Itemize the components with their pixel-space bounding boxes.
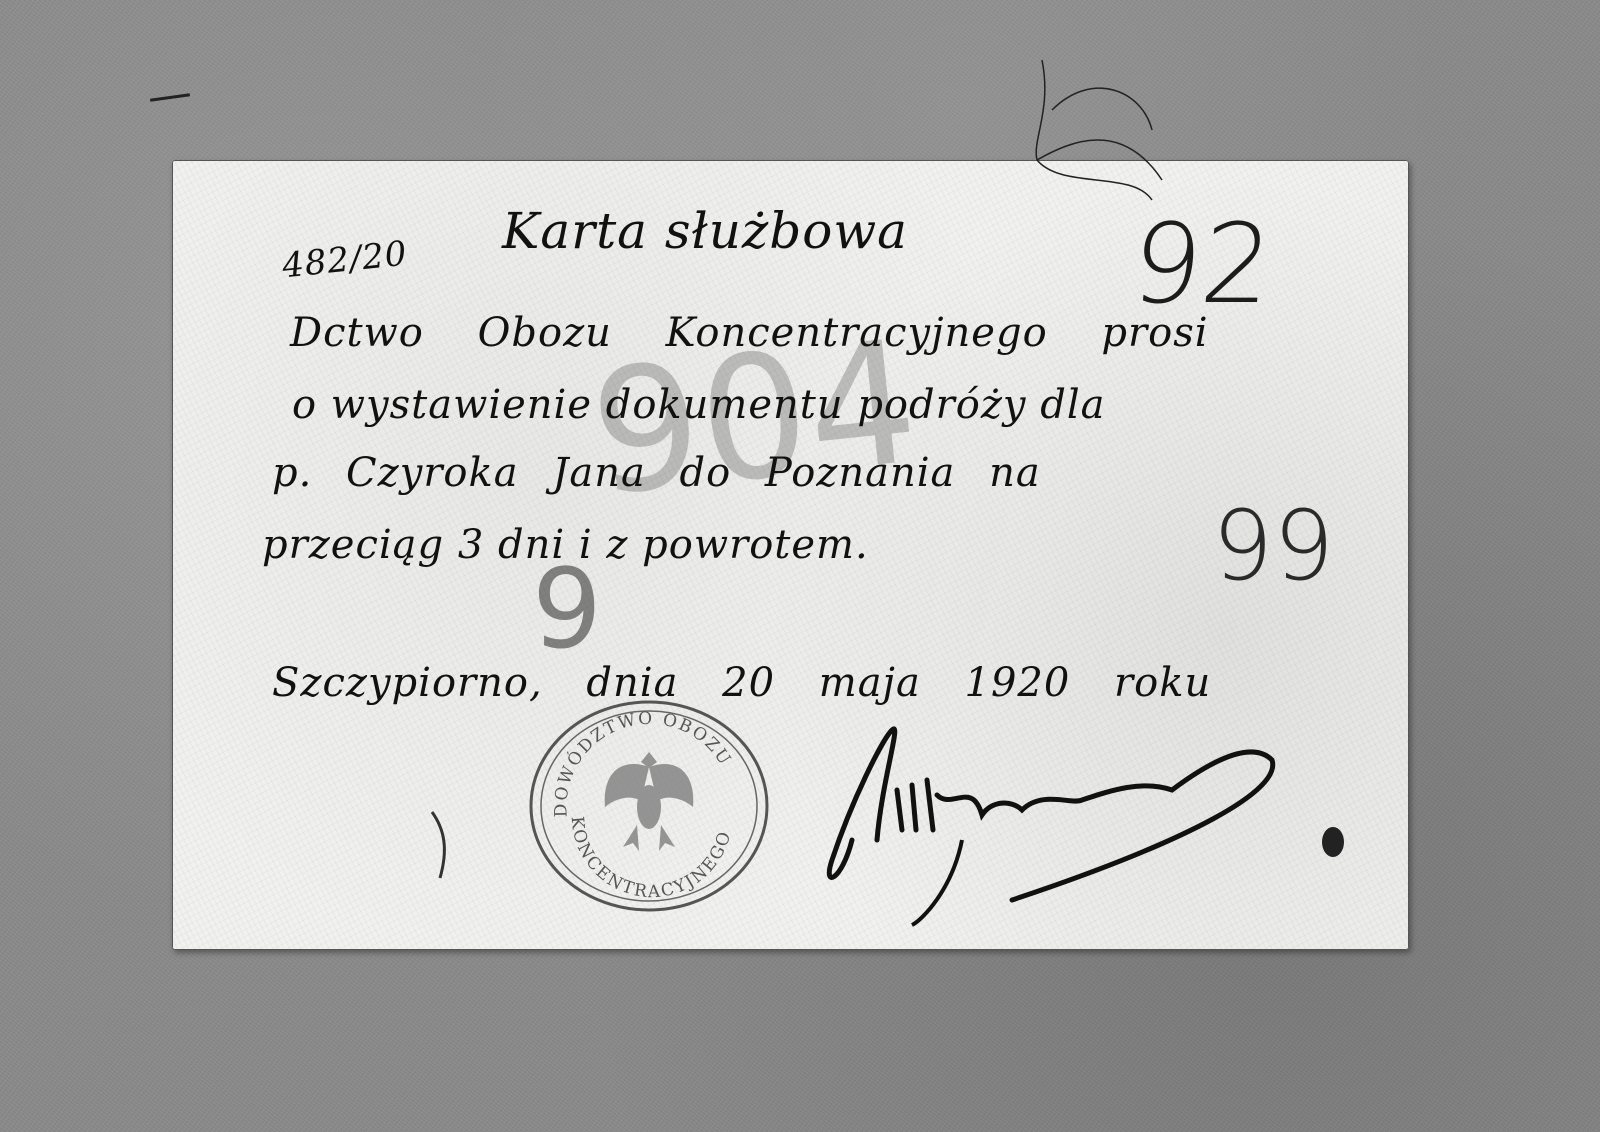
right-number: 99 bbox=[1212, 490, 1334, 602]
body-line-1: Dctwo Obozu Koncentracyjnego prosi bbox=[290, 310, 1209, 356]
body-line-3: p. Czyroka Jana do Poznania na bbox=[272, 450, 1041, 496]
margin-mark bbox=[430, 810, 450, 880]
body-line-2: o wystawienie dokumentu podróży dla bbox=[292, 382, 1105, 428]
reference-number: 482/20 bbox=[280, 234, 409, 287]
punch-hole bbox=[1322, 827, 1344, 857]
signature bbox=[812, 720, 1332, 930]
pen-scribble bbox=[1032, 50, 1172, 210]
eagle-emblem-icon bbox=[605, 752, 694, 851]
left-pencil-number: 9 bbox=[532, 545, 602, 673]
scan-mark bbox=[150, 93, 190, 102]
official-stamp: DOWÓDZTWO OBOZU KONCENTRACYJNEGO bbox=[527, 697, 772, 915]
service-card: Karta służbowa 482/20 904 92 Dctwo Obozu… bbox=[172, 160, 1409, 950]
document-title: Karta służbowa bbox=[502, 202, 908, 260]
top-right-number: 92 bbox=[1125, 200, 1278, 328]
